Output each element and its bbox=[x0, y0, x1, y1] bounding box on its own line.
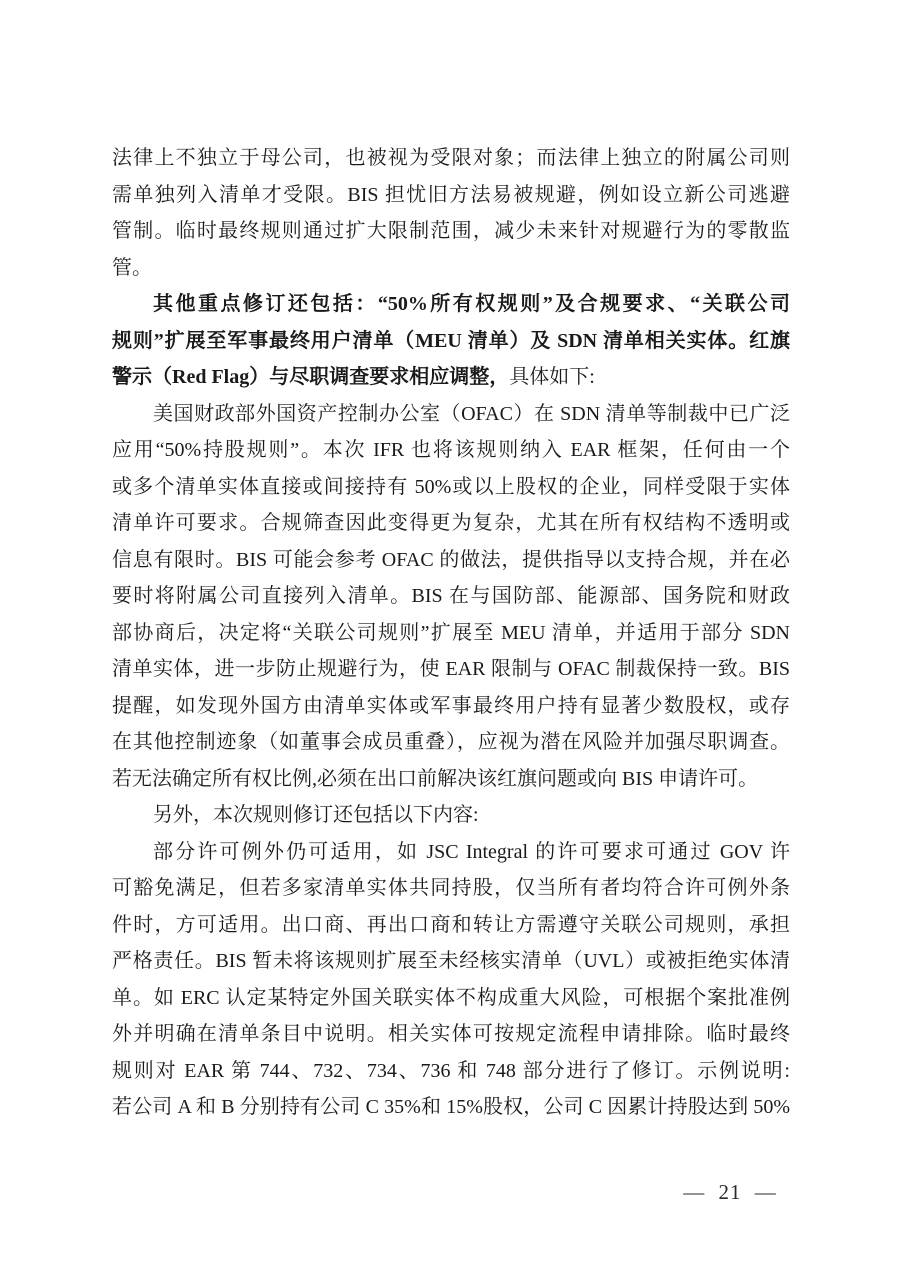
text-line: 应用“50%持股规则”。本次 IFR 也将该规则纳入 EAR 框架，任何由一个 bbox=[112, 432, 790, 469]
body-text: 法律上不独立于母公司，也被视为受限对象；而法律上独立的附属公司则 需单独列入清单… bbox=[112, 140, 790, 1126]
text-line: 另外，本次规则修订还包括以下内容: bbox=[112, 797, 790, 834]
text-line: 警示（Red Flag）与尽职调查要求相应调整，具体如下: bbox=[112, 359, 790, 396]
text-line: 美国财政部外国资产控制办公室（OFAC）在 SDN 清单等制裁中已广泛 bbox=[112, 396, 790, 433]
text-line: 外并明确在清单条目中说明。相关实体可按规定流程申请排除。临时最终 bbox=[112, 1016, 790, 1053]
text-line: 清单实体，进一步防止规避行为，使 EAR 限制与 OFAC 制裁保持一致。BIS bbox=[112, 651, 790, 688]
paragraph-license-exceptions: 部分许可例外仍可适用，如 JSC Integral 的许可要求可通过 GOV 许… bbox=[112, 834, 790, 1126]
bold-text-run: 警示（Red Flag）与尽职调查要求相应调整， bbox=[112, 366, 509, 388]
text-line: 严格责任。BIS 暂未将该规则扩展至未经核实清单（UVL）或被拒绝实体清 bbox=[112, 943, 790, 980]
regular-text-run: 具体如下: bbox=[509, 366, 595, 388]
paragraph-subsidiary-listing: 法律上不独立于母公司，也被视为受限对象；而法律上独立的附属公司则 需单独列入清单… bbox=[112, 140, 790, 286]
text-line: 规则对 EAR 第 744、732、734、736 和 748 部分进行了修订。… bbox=[112, 1053, 790, 1090]
text-line: 清单许可要求。合规筛查因此变得更为复杂，尤其在所有权结构不透明或 bbox=[112, 505, 790, 542]
text-line: 件时，方可适用。出口商、再出口商和转让方需遵守关联公司规则，承担 bbox=[112, 907, 790, 944]
text-line: 部分许可例外仍可适用，如 JSC Integral 的许可要求可通过 GOV 许 bbox=[112, 834, 790, 871]
text-line: 若公司 A 和 B 分别持有公司 C 35%和 15%股权，公司 C 因累计持股… bbox=[112, 1089, 790, 1126]
document-page: 法律上不独立于母公司，也被视为受限对象；而法律上独立的附属公司则 需单独列入清单… bbox=[0, 0, 900, 1272]
text-line: 部协商后，决定将“关联公司规则”扩展至 MEU 清单，并适用于部分 SDN bbox=[112, 615, 790, 652]
text-line: 可豁免满足，但若多家清单实体共同持股，仅当所有者均符合许可例外条 bbox=[112, 870, 790, 907]
text-line: 提醒，如发现外国方由清单实体或军事最终用户持有显著少数股权，或存 bbox=[112, 688, 790, 725]
text-line: 在其他控制迹象（如董事会成员重叠），应视为潜在风险并加强尽职调查。 bbox=[112, 724, 790, 761]
text-line: 管制。临时最终规则通过扩大限制范围，减少未来针对规避行为的零散监 bbox=[112, 213, 790, 250]
paragraph-50-percent-rule: 美国财政部外国资产控制办公室（OFAC）在 SDN 清单等制裁中已广泛 应用“5… bbox=[112, 396, 790, 798]
paragraph-key-revisions: 其他重点修订还包括：“50%所有权规则”及合规要求、“关联公司 规则”扩展至军事… bbox=[112, 286, 790, 396]
page-number: — 21 — bbox=[655, 1178, 805, 1206]
text-line: 需单独列入清单才受限。BIS 担忧旧方法易被规避，例如设立新公司逃避 bbox=[112, 177, 790, 214]
text-line: 其他重点修订还包括：“50%所有权规则”及合规要求、“关联公司 bbox=[112, 286, 790, 323]
text-line: 法律上不独立于母公司，也被视为受限对象；而法律上独立的附属公司则 bbox=[112, 140, 790, 177]
text-line: 要时将附属公司直接列入清单。BIS 在与国防部、能源部、国务院和财政 bbox=[112, 578, 790, 615]
text-line: 规则”扩展至军事最终用户清单（MEU 清单）及 SDN 清单相关实体。红旗 bbox=[112, 323, 790, 360]
text-line: 若无法确定所有权比例,必须在出口前解决该红旗问题或向 BIS 申请许可。 bbox=[112, 761, 790, 798]
text-line: 或多个清单实体直接或间接持有 50%或以上股权的企业，同样受限于实体 bbox=[112, 469, 790, 506]
text-line: 单。如 ERC 认定某特定外国关联实体不构成重大风险，可根据个案批准例 bbox=[112, 980, 790, 1017]
text-line: 管。 bbox=[112, 250, 790, 287]
text-line: 信息有限时。BIS 可能会参考 OFAC 的做法，提供指导以支持合规，并在必 bbox=[112, 542, 790, 579]
paragraph-additional-revisions-intro: 另外，本次规则修订还包括以下内容: bbox=[112, 797, 790, 834]
